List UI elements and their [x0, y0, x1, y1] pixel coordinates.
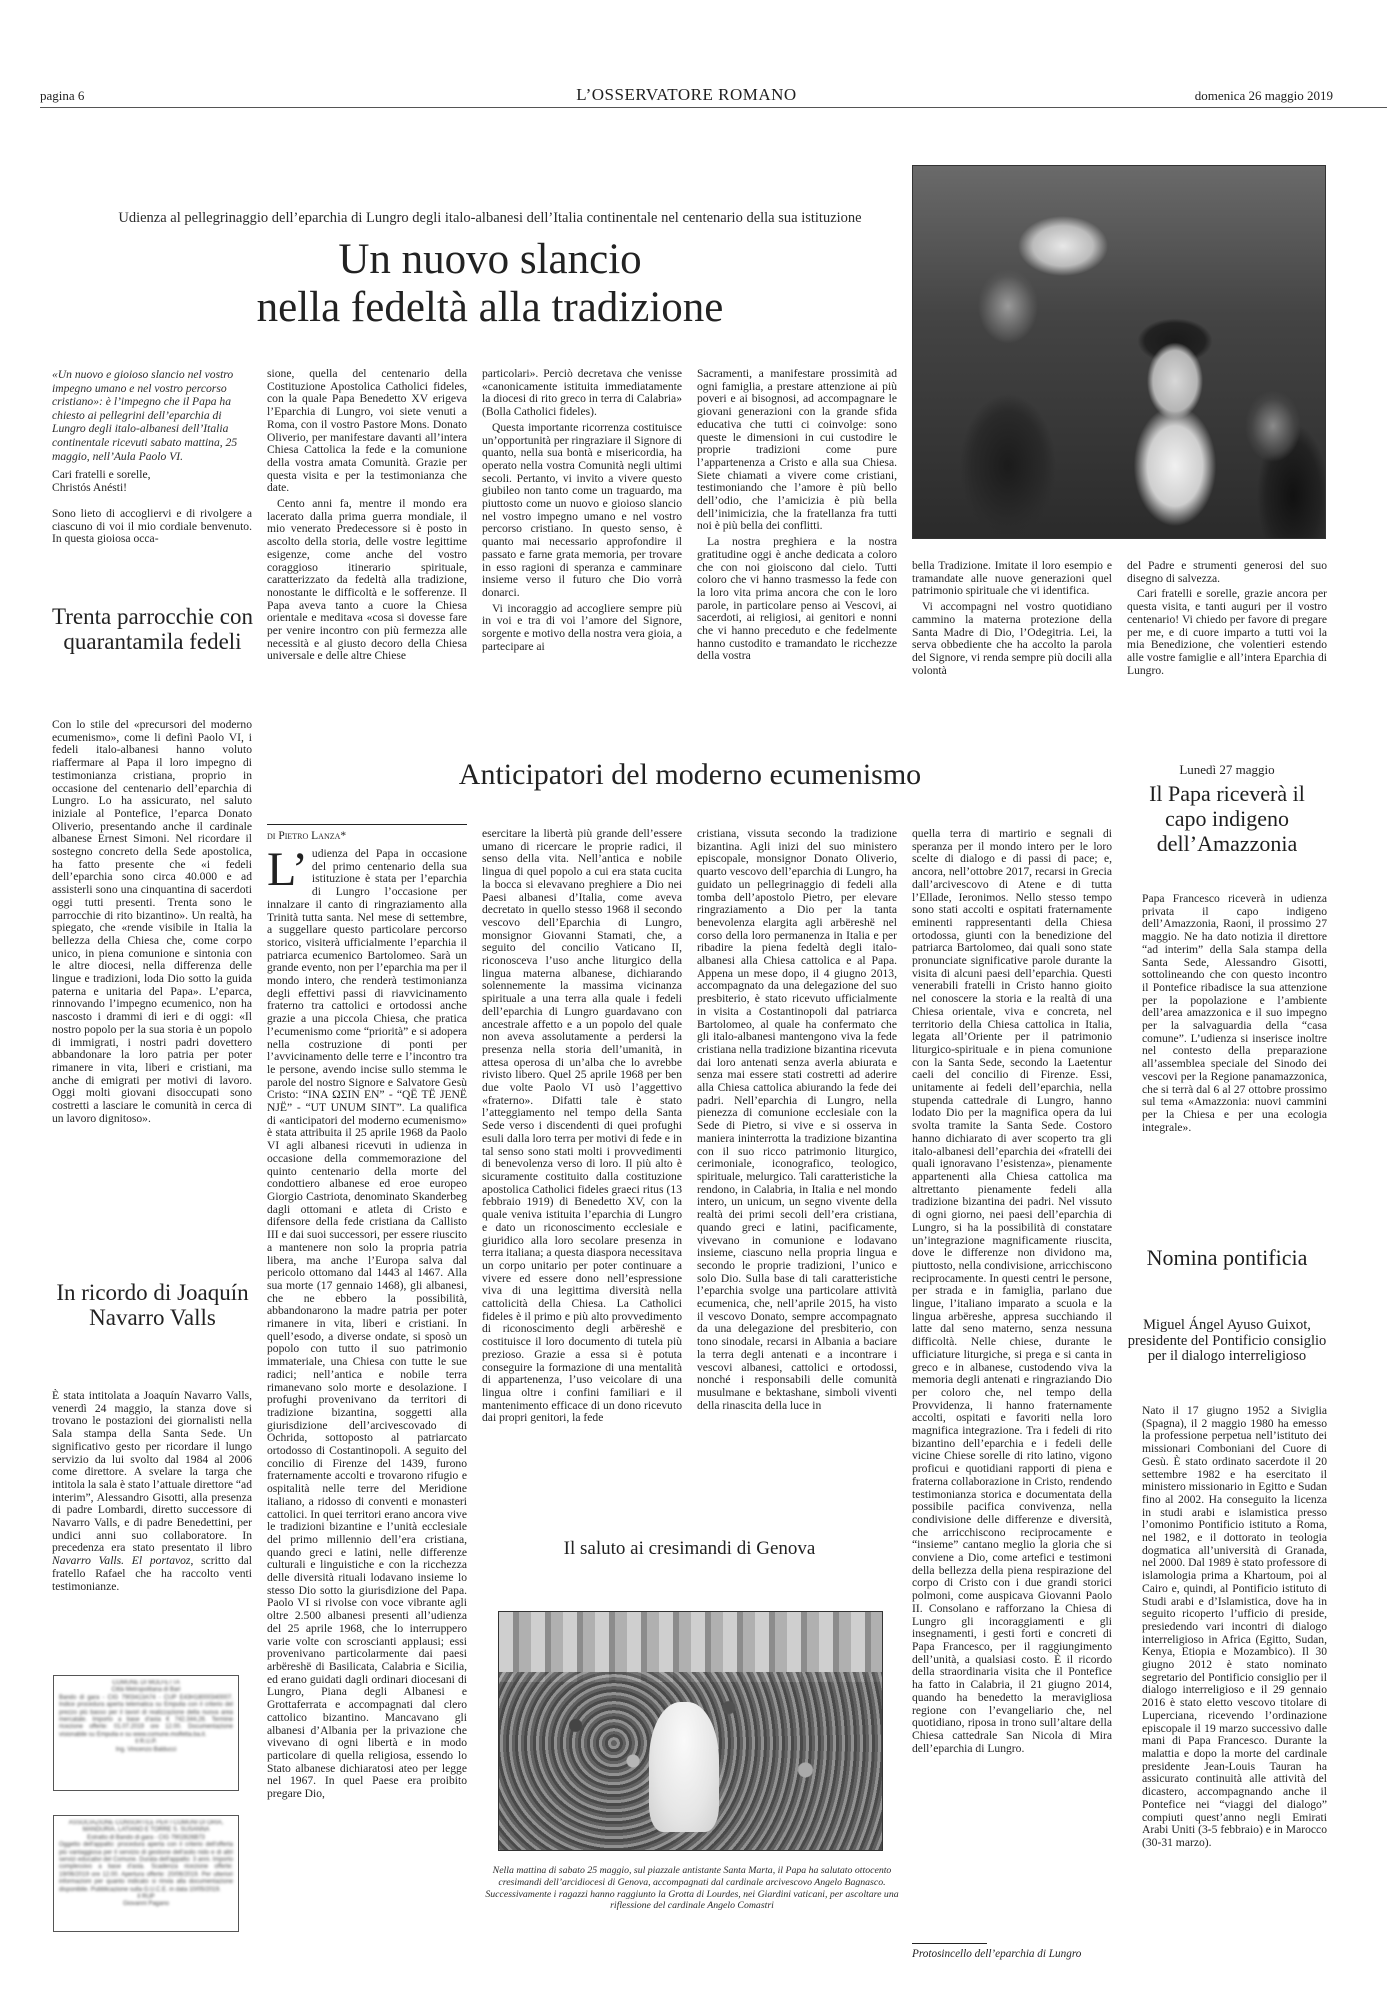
main-article-column-3: particolari». Perciò decretava che venis… — [482, 368, 682, 656]
paragraph: particolari». Perciò decretava che venis… — [482, 368, 682, 419]
ad-subheader: Città Metropolitana di Bari — [59, 1687, 233, 1694]
masthead: pagina 6 L’OSSERVATORE ROMANO domenica 2… — [40, 87, 1387, 108]
trenta-body: Con lo stile del «precursori del moderno… — [52, 719, 252, 1129]
newspaper-title: L’OSSERVATORE ROMANO — [40, 85, 1333, 105]
main-article-intro: «Un nuovo e gioioso slancio nel vostro i… — [52, 368, 252, 463]
main-article-column-5: bella Tradizione. Imitate il loro esempi… — [912, 560, 1112, 680]
paragraph: Sacramenti, a manifestare prossimità ad … — [697, 368, 897, 533]
paragraph: Papa Francesco riceverà in udienza priva… — [1142, 893, 1327, 1134]
amazzonia-headline: Il Papa riceverà il capo indigeno dell’A… — [1127, 781, 1327, 856]
ad-header: COMUNE DI MOLFETTA — [59, 1680, 233, 1687]
ricordo-headline: In ricordo di Joaquín Navarro Valls — [40, 1280, 265, 1330]
paragraph: L’udienza del Papa in occasione del prim… — [267, 848, 467, 1801]
ad-body: Oggetto dell'appalto: procedura aperta c… — [59, 1842, 233, 1892]
paragraph: cristiana, vissuta secondo la tradizione… — [697, 828, 897, 1412]
nomina-body: Nato il 17 giugno 1952 a Siviglia (Spagn… — [1142, 1405, 1327, 1853]
divider — [267, 824, 467, 825]
paragraph: La nostra preghiera e la nostra gratitud… — [697, 536, 897, 663]
paragraph: Nato il 17 giugno 1952 a Siviglia (Spagn… — [1142, 1405, 1327, 1850]
main-article-column-6: del Padre e strumenti generosi del suo d… — [1127, 560, 1327, 680]
paragraph: Questa importante ricorrenza costituisce… — [482, 422, 682, 600]
paragraph: Cento anni fa, mentre il mondo era lacer… — [267, 498, 467, 663]
anticipatori-column-3: cristiana, vissuta secondo la tradizione… — [697, 828, 897, 1528]
paragraph: Cari fratelli e sorelle, grazie ancora p… — [1127, 588, 1327, 677]
book-title: Navarro Valls. El portavoz — [52, 1554, 190, 1567]
paragraph: Sono lieto di accogliervi e di rivolgere… — [52, 508, 252, 546]
classified-ad: COMUNE DI MOLFETTA Città Metropolitana d… — [53, 1675, 239, 1791]
paragraph: quella terra di martirio e segnali di sp… — [912, 828, 1112, 1755]
text: udienza del Papa in occasione del primo … — [267, 847, 467, 1800]
genova-caption: Nella mattina di sabato 25 maggio, sul p… — [482, 1865, 902, 1912]
issue-date: domenica 26 maggio 2019 — [1195, 88, 1333, 104]
byline: di Pietro Lanza* — [267, 830, 346, 842]
main-article-opening: Sono lieto di accogliervi e di rivolgere… — [52, 508, 252, 549]
paragraph: È stata intitolata a Joaquín Navarro Val… — [52, 1390, 252, 1593]
ad-text: COMUNE DI MOLFETTA Città Metropolitana d… — [59, 1680, 233, 1754]
main-article-column-2: sione, quella del centenario della Costi… — [267, 368, 467, 666]
text: È stata intitolata a Joaquín Navarro Val… — [52, 1389, 252, 1554]
greeting-line: Christós Anésti! — [52, 481, 252, 494]
ad-signature: Il RUP — [59, 1894, 233, 1901]
headline-line-2: nella fedeltà alla tradizione — [257, 284, 724, 331]
ad-body: Bando di gara - CIG 7903413A74 - CUP E43… — [59, 1695, 233, 1738]
anticipatori-column-1: L’udienza del Papa in occasione del prim… — [267, 848, 467, 1804]
main-article-greeting: Cari fratelli e sorelle, Christós Anésti… — [52, 468, 252, 495]
amazzonia-date: Lunedì 27 maggio — [1127, 762, 1327, 778]
ad-header: ASSOCIAZIONE CONSORTILE PER I COMUNI DI … — [59, 1820, 233, 1835]
main-article-kicker: Udienza al pellegrinaggio dell’eparchia … — [95, 210, 885, 227]
genova-headline: Il saluto ai cresimandi di Genova — [482, 1538, 897, 1560]
anticipatori-column-4: quella terra di martirio e segnali di sp… — [912, 828, 1112, 1936]
ad-subheader: Estratto di Bando di gara - CIG 7902826B… — [59, 1835, 233, 1842]
paragraph: Vi accompagni nel vostro quotidiano camm… — [912, 601, 1112, 677]
genova-photo — [498, 1611, 883, 1851]
author-footnote: Protosincello dell’eparchia di Lungro — [912, 1948, 1081, 1960]
headline-line-1: Un nuovo slancio — [338, 236, 641, 283]
classified-ad: ASSOCIAZIONE CONSORTILE PER I COMUNI DI … — [53, 1815, 239, 1932]
nomina-headline: Nomina pontificia — [1127, 1244, 1327, 1272]
paragraph: esercitare la libertà più grande dell’es… — [482, 828, 682, 1425]
footnote-divider — [912, 1943, 987, 1944]
paragraph: bella Tradizione. Imitate il loro esempi… — [912, 560, 1112, 598]
paragraph: del Padre e strumenti generosi del suo d… — [1127, 560, 1327, 585]
ad-text: ASSOCIAZIONE CONSORTILE PER I COMUNI DI … — [59, 1820, 233, 1909]
drop-cap: L’ — [267, 850, 308, 890]
main-article-photo — [912, 165, 1326, 539]
ricordo-body: È stata intitolata a Joaquín Navarro Val… — [52, 1390, 252, 1596]
main-article-headline: Un nuovo slancio nella fedeltà alla trad… — [95, 236, 885, 332]
ad-signature: Giovanni Pagano — [59, 1901, 233, 1908]
amazzonia-body: Papa Francesco riceverà in udienza priva… — [1142, 893, 1327, 1137]
greeting-line: Cari fratelli e sorelle, — [52, 468, 252, 481]
anticipatori-column-2: esercitare la libertà più grande dell’es… — [482, 828, 682, 1528]
pope-figure — [649, 1702, 719, 1832]
nomina-subtitle: Miguel Ángel Ayuso Guixot, presidente de… — [1127, 1318, 1327, 1365]
paragraph: Con lo stile del «precursori del moderno… — [52, 719, 252, 1126]
anticipatori-headline: Anticipatori del moderno ecumenismo — [265, 758, 1115, 792]
ad-signature: Ing. Vincenzo Balducci — [59, 1747, 233, 1754]
main-article-column-4: Sacramenti, a manifestare prossimità ad … — [697, 368, 897, 666]
paragraph: Vi incoraggio ad accogliere sempre più i… — [482, 603, 682, 654]
ad-signature: Il R.U.P. — [59, 1739, 233, 1746]
paragraph: sione, quella del centenario della Costi… — [267, 368, 467, 495]
trenta-headline: Trenta parrocchie con quarantamila fedel… — [40, 604, 265, 654]
